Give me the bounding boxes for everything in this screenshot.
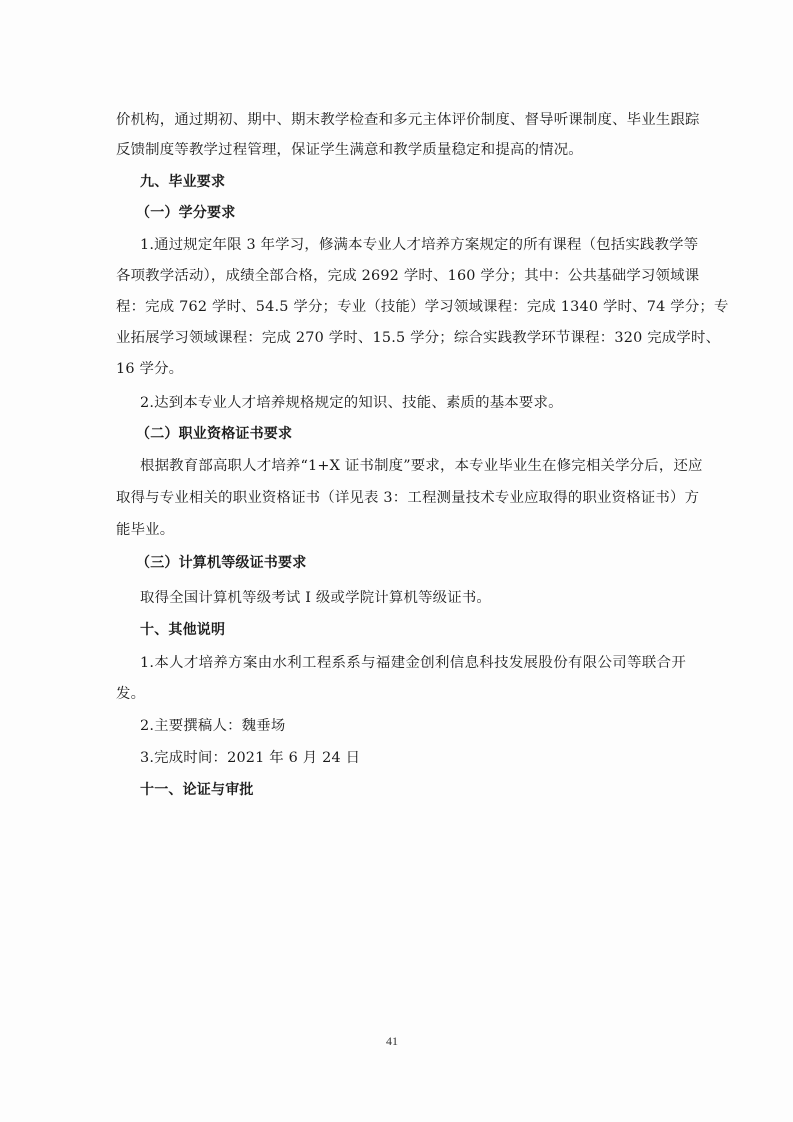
- credit-requirement-line-3: 程：完成 762 学时、54.5 学分；专业（技能）学习领域课程：完成 1340…: [116, 297, 686, 317]
- section-11-heading: 十一、论证与审批: [140, 780, 710, 800]
- computer-requirement: 取得全国计算机等级考试 I 级或学院计算机等级证书。: [140, 588, 710, 608]
- subsection-computer-cert-heading: （三）计算机等级证书要求: [136, 553, 706, 573]
- section-10-heading: 十、其他说明: [140, 620, 710, 640]
- credit-requirement-line-2: 各项教学活动），成绩全部合格，完成 2692 学时、160 学分；其中：公共基础…: [116, 266, 686, 286]
- certificate-line-2: 取得与专业相关的职业资格证书（详见表 3：工程测量技术专业应取得的职业资格证书）…: [116, 488, 686, 508]
- note-1-line-1: 1.本人才培养方案由水利工程系系与福建金创利信息科技发展股份有限公司等联合开: [140, 653, 686, 673]
- certificate-line-3: 能毕业。: [116, 520, 686, 540]
- section-9-heading: 九、毕业要求: [140, 172, 710, 192]
- credit-requirement-line-5: 16 学分。: [116, 359, 686, 379]
- paragraph-intro-line-2: 反馈制度等教学过程管理，保证学生满意和教学质量稳定和提高的情况。: [116, 140, 686, 160]
- credit-requirement-line-1: 1.通过规定年限 3 年学习，修满本专业人才培养方案规定的所有课程（包括实践教学…: [140, 235, 686, 255]
- paragraph-intro-line-1: 价机构，通过期初、期中、期末教学检查和多元主体评价制度、督导听课制度、毕业生跟踪: [116, 110, 686, 130]
- page-number: 41: [386, 1034, 398, 1049]
- subsection-credit-requirements-heading: （一）学分要求: [136, 203, 706, 223]
- credit-requirement-line-4: 业拓展学习领域课程：完成 270 学时、15.5 学分；综合实践教学环节课程：3…: [116, 328, 686, 348]
- note-3-completion-date: 3.完成时间：2021 年 6 月 24 日: [140, 748, 710, 768]
- subsection-certificate-heading: （二）职业资格证书要求: [136, 424, 706, 444]
- certificate-line-1: 根据教育部高职人才培养“1+X 证书制度”要求，本专业毕业生在修完相关学分后，还…: [140, 456, 686, 476]
- note-2-author: 2.主要撰稿人：魏垂场: [140, 716, 710, 736]
- document-page: 价机构，通过期初、期中、期末教学检查和多元主体评价制度、督导听课制度、毕业生跟踪…: [0, 0, 793, 1122]
- note-1-line-2: 发。: [116, 684, 686, 704]
- requirement-2: 2.达到本专业人才培养规格规定的知识、技能、素质的基本要求。: [140, 393, 710, 413]
